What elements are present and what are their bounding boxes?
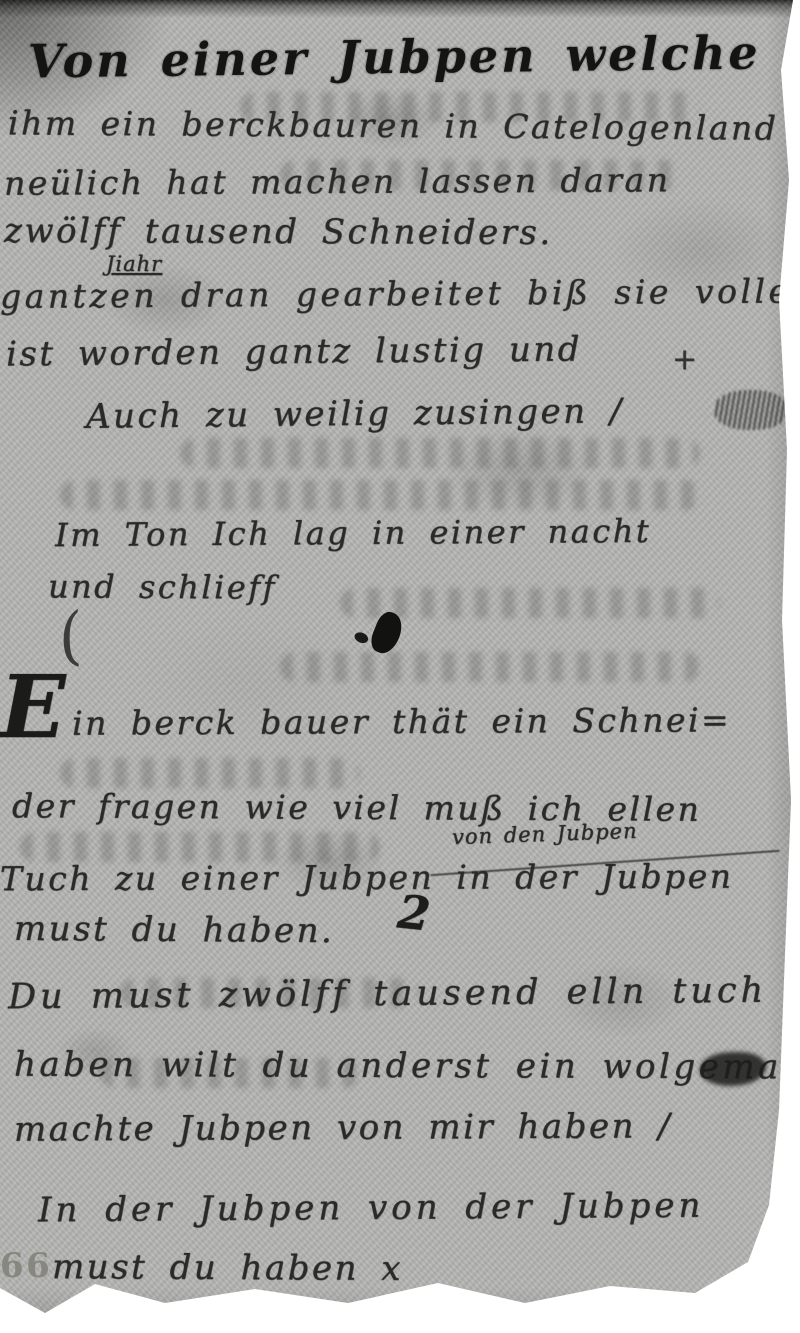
cross-mark: + xyxy=(672,342,700,377)
bleed-through-band xyxy=(340,588,720,618)
intro-line: gantzen dran gearbeitet biß sie vollend xyxy=(0,271,800,316)
bleed-through-band xyxy=(60,758,360,788)
decorated-initial: E xyxy=(0,678,68,738)
refrain-line: In der Jubpen von der Jubpen xyxy=(38,1186,705,1231)
bleed-through-band xyxy=(280,652,700,682)
interlinear-insertion-jubpen: von den Jubpen xyxy=(452,819,638,849)
refrain-line: must du haben x xyxy=(52,1247,403,1289)
intro-line: Auch zu weilig zusingen / xyxy=(86,391,624,437)
intro-line: zwölff tausend Schneiders. xyxy=(4,211,553,253)
tune-line: Im Ton Ich lag in einer nacht xyxy=(55,512,651,554)
manuscript-scan: Von einer Jubpen welche ihm ein berckbau… xyxy=(0,0,800,1333)
stanza2-line: Du must zwölff tausend elln tuch xyxy=(8,971,767,1018)
verse-number: 2 xyxy=(395,884,435,941)
catchword: nn xyxy=(409,1283,456,1318)
stanza1-line: in berck bauer thät ein Schnei= xyxy=(72,700,731,742)
page-title: Von einer Jubpen welche xyxy=(28,26,761,89)
stanza1-line: Tuch zu einer Jubpen in der Jubpen xyxy=(0,857,734,899)
ink-smear xyxy=(714,390,788,430)
stanza1-line: must du haben. xyxy=(14,909,335,951)
intro-line: ihm ein berckbauren in Catelogenland xyxy=(8,103,779,147)
intro-line: ist worden gantz lustig und xyxy=(6,329,582,374)
intro-line: neülich hat machen lassen daran xyxy=(4,160,671,202)
stanza2-line: machte Jubpen von mir haben / xyxy=(14,1106,672,1149)
stanza2-line: haben wilt du anderst ein wolgema xyxy=(14,1045,782,1088)
bleed-through-band xyxy=(60,480,700,510)
interlinear-insertion-year: Jiahr xyxy=(106,252,162,276)
folio-number: 66 xyxy=(0,1246,52,1286)
bleed-through-band xyxy=(180,438,700,468)
tune-line: und schlieff xyxy=(48,567,277,606)
paper-sheet: Von einer Jubpen welche ihm ein berckbau… xyxy=(0,0,800,1333)
